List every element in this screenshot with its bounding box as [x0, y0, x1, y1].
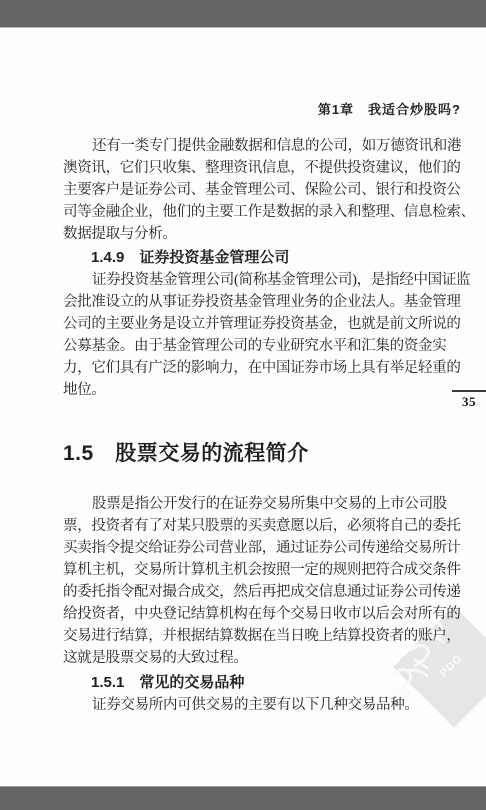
text-line: 公司的主要业务是设立并管理证券投资基金，也就是前文所说的	[63, 313, 461, 335]
book-page-scan: { "page": { "chapter_header": "第1章 我适合炒股…	[0, 0, 486, 810]
scan-bottom-bar	[0, 786, 486, 810]
page-text-column: 还有一类专门提供金融数据和信息的公司，如万德资讯和港 澳资讯，它们只收集、整理资…	[63, 135, 461, 716]
heading-1-5-1: 1.5.1 常见的交易品种	[63, 672, 461, 694]
paragraph-fund-management: 证券投资基金管理公司(简称基金管理公司)，是指经中国证监 会批准设立的从事证券投…	[63, 269, 461, 401]
text-line: 证券投资基金管理公司(简称基金管理公司)，是指经中国证监	[63, 269, 461, 291]
text-line: 公募基金。由于基金管理公司的专业研究水平和汇集的资金实	[63, 335, 461, 357]
heading-1-5: 1.5 股票交易的流程简介	[63, 443, 461, 473]
text-line: 主要客户是证券公司、基金管理公司、保险公司、银行和投资公	[63, 179, 461, 201]
page-number: 35	[452, 394, 486, 410]
chapter-running-header: 第1章 我适合炒股吗?	[318, 99, 461, 118]
text-line: 的委托指令配对撮合成交，然后再把成交信息通过证券公司传递	[63, 581, 461, 603]
page-number-block: 35	[452, 390, 486, 410]
text-line: 交易进行结算，并根据结算数据在当日晚上结算投资者的账户，	[63, 625, 461, 647]
text-line: 给投资者，中央登记结算机构在每个交易日收市以后会对所有的	[63, 603, 461, 625]
text-line: 票，投资者有了对某只股票的买卖意愿以后，必须将自己的委托	[63, 515, 461, 537]
text-line: 会批准设立的从事证券投资基金管理业务的企业法人。基金管理	[63, 291, 461, 313]
text-line: 买卖指令提交给证券公司营业部，通过证券公司传递给交易所计	[63, 537, 461, 559]
text-line: 力，它们具有广泛的影响力，在中国证券市场上具有举足轻重的	[63, 357, 461, 379]
text-line: 股票是指公开发行的在证券交易所集中交易的上市公司股	[63, 493, 461, 515]
paragraph-data-companies: 还有一类专门提供金融数据和信息的公司，如万德资讯和港 澳资讯，它们只收集、整理资…	[63, 135, 461, 245]
paragraph-trading-varieties: 证券交易所内可供交易的主要有以下几种交易品种。	[63, 694, 461, 716]
text-line: 这就是股票交易的大致过程。	[63, 647, 461, 669]
text-line: 澳资讯，它们只收集、整理资讯信息，不提供投资建议，他们的	[63, 157, 461, 179]
heading-1-4-9: 1.4.9 证券投资基金管理公司	[63, 247, 461, 269]
text-line: 算机主机，交易所计算机主机会按照一定的规则把符合成交条件	[63, 559, 461, 581]
scan-top-bar	[0, 0, 486, 28]
page-number-rule	[452, 390, 486, 392]
text-line: 证券交易所内可供交易的主要有以下几种交易品种。	[63, 694, 461, 716]
text-line: 数据提取与分析。	[63, 223, 461, 245]
text-line: 地位。	[63, 379, 461, 401]
paragraph-trading-process: 股票是指公开发行的在证券交易所集中交易的上市公司股 票，投资者有了对某只股票的买…	[63, 493, 461, 669]
text-line: 还有一类专门提供金融数据和信息的公司，如万德资讯和港	[63, 135, 461, 157]
text-line: 司等金融企业，他们的主要工作是数据的录入和整理、信息检索、	[63, 201, 461, 223]
